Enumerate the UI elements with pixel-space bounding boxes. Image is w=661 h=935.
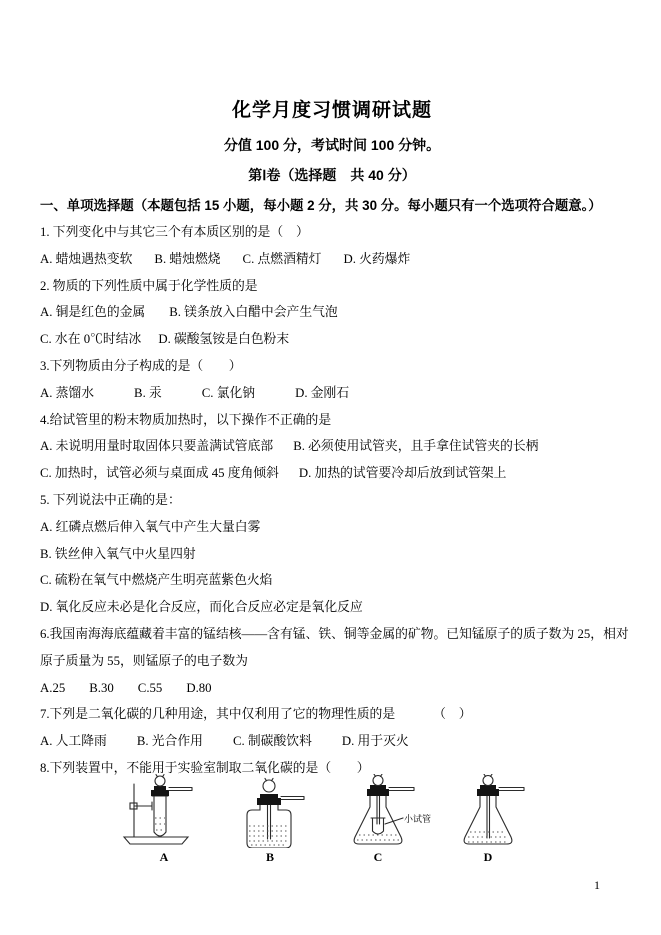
question-5-option-c: C. 硫粉在氧气中燃烧产生明亮蓝紫色火焰 <box>40 567 624 594</box>
question-1-stem: 1. 下列变化中与其它三个有本质区别的是（ ） <box>40 219 624 246</box>
question-1-option-c: C. 点燃酒精灯 <box>243 246 322 273</box>
small-test-tube-annotation: 小试管 <box>404 812 431 825</box>
question-1-option-b: B. 蜡烛燃烧 <box>154 246 220 273</box>
question-3-option-b: B. 汞 <box>134 380 162 407</box>
question-5-option-b: B. 铁丝伸入氧气中火星四射 <box>40 541 624 568</box>
question-6-option-c: C.55 <box>138 675 163 702</box>
conical-flask-diagram <box>438 774 538 848</box>
question-3-stem: 3.下列物质由分子构成的是（ ） <box>40 353 624 380</box>
question-6-option-b: B.30 <box>89 675 114 702</box>
apparatus-b-label: B <box>226 850 314 864</box>
apparatus-c-figure: 小试管 C <box>328 774 428 864</box>
question-6-option-a: A.25 <box>40 675 65 702</box>
question-5-stem: 5. 下列说法中正确的是： <box>40 487 624 514</box>
question-6-stem-line2: 原子质量为 55，则锰原子的电子数为 <box>40 648 624 675</box>
question-6-options: A.25 B.30 C.55 D.80 <box>40 675 624 702</box>
question-2-options-row2: C. 水在 0℃时结冰 D. 碳酸氢铵是白色粉末 <box>40 326 624 353</box>
question-2-option-d: D. 碳酸氢铵是白色粉末 <box>158 326 289 353</box>
question-5-option-d: D. 氧化反应未必是化合反应，而化合反应必定是氧化反应 <box>40 594 624 621</box>
question-1-option-a: A. 蜡烛遇热变软 <box>40 246 132 273</box>
question-3-options: A. 蒸馏水 B. 汞 C. 氯化钠 D. 金刚石 <box>40 380 624 407</box>
section-heading: 一、单项选择题（本题包括 15 小题，每小题 2 分，共 30 分。每小题只有一… <box>40 197 624 215</box>
question-4-options-row2: C. 加热时，试管必须与桌面成 45 度角倾斜 D. 加热的试管要冷却后放到试管… <box>40 460 624 487</box>
gas-bottle-diagram <box>226 774 314 848</box>
question-7-stem-row: 7.下列是二氧化碳的几种用途，其中仅利用了它的物理性质的是（ ） <box>40 701 624 728</box>
volume-heading: 第Ⅰ卷（选择题 共 40 分） <box>40 166 624 184</box>
question-1-option-d: D. 火药爆炸 <box>343 246 410 273</box>
question-4-option-c: C. 加热时，试管必须与桌面成 45 度角倾斜 <box>40 460 279 487</box>
exam-document-page: 化学月度习惯调研试题 分值 100 分，考试时间 100 分钟。 第Ⅰ卷（选择题… <box>0 0 661 935</box>
question-3-option-a: A. 蒸馏水 <box>40 380 94 407</box>
question-2-option-c: C. 水在 0℃时结冰 <box>40 326 141 353</box>
document-content: 化学月度习惯调研试题 分值 100 分，考试时间 100 分钟。 第Ⅰ卷（选择题… <box>40 99 624 870</box>
conical-flask-with-small-tube-diagram <box>328 774 428 848</box>
question-7-option-c: C. 制碳酸饮料 <box>233 728 312 755</box>
apparatus-a-figure: A <box>118 774 210 864</box>
question-2-stem: 2. 物质的下列性质中属于化学性质的是 <box>40 273 624 300</box>
question-2-option-b: B. 镁条放入白醋中会产生气泡 <box>169 299 338 326</box>
question-2-option-a: A. 铜是红色的金属 <box>40 299 145 326</box>
question-list: 1. 下列变化中与其它三个有本质区别的是（ ） A. 蜡烛遇热变软 B. 蜡烛燃… <box>40 219 624 782</box>
exam-title: 化学月度习惯调研试题 <box>40 99 624 123</box>
test-tube-on-stand-diagram <box>118 774 210 848</box>
question-3-option-c: C. 氯化钠 <box>202 380 255 407</box>
question-8-diagrams: A B <box>40 774 624 870</box>
question-6-stem-line1: 6.我国南海海底蕴藏着丰富的锰结核——含有锰、铁、铜等金属的矿物。已知锰原子的质… <box>40 621 624 648</box>
score-and-time-line: 分值 100 分，考试时间 100 分钟。 <box>40 136 624 154</box>
question-5-option-a: A. 红磷点燃后伸入氧气中产生大量白雾 <box>40 514 624 541</box>
question-7-stem: 7.下列是二氧化碳的几种用途，其中仅利用了它的物理性质的是 <box>40 707 395 721</box>
question-7-options: A. 人工降雨 B. 光合作用 C. 制碳酸饮料 D. 用于灭火 <box>40 728 624 755</box>
question-4-option-d: D. 加热的试管要冷却后放到试管架上 <box>299 460 507 487</box>
question-4-option-b: B. 必须使用试管夹，且手拿住试管夹的长柄 <box>293 433 538 460</box>
question-7-option-b: B. 光合作用 <box>137 728 203 755</box>
apparatus-c-label: C <box>328 850 428 864</box>
question-1-options: A. 蜡烛遇热变软 B. 蜡烛燃烧 C. 点燃酒精灯 D. 火药爆炸 <box>40 246 624 273</box>
question-2-options-row1: A. 铜是红色的金属 B. 镁条放入白醋中会产生气泡 <box>40 299 624 326</box>
question-6-option-d: D.80 <box>186 675 211 702</box>
question-7-option-a: A. 人工降雨 <box>40 728 107 755</box>
page-number: 1 <box>594 878 600 893</box>
apparatus-b-figure: B <box>226 774 314 864</box>
question-3-option-d: D. 金刚石 <box>295 380 349 407</box>
question-4-option-a: A. 未说明用量时取固体只要盖满试管底部 <box>40 433 273 460</box>
question-4-options-row1: A. 未说明用量时取固体只要盖满试管底部 B. 必须使用试管夹，且手拿住试管夹的… <box>40 433 624 460</box>
question-7-option-d: D. 用于灭火 <box>342 728 409 755</box>
apparatus-d-figure: D <box>438 774 538 864</box>
apparatus-d-label: D <box>438 850 538 864</box>
question-4-stem: 4.给试管里的粉末物质加热时，以下操作不正确的是 <box>40 407 624 434</box>
apparatus-a-label: A <box>118 850 210 864</box>
question-7-answer-bracket: （ ） <box>433 707 471 721</box>
